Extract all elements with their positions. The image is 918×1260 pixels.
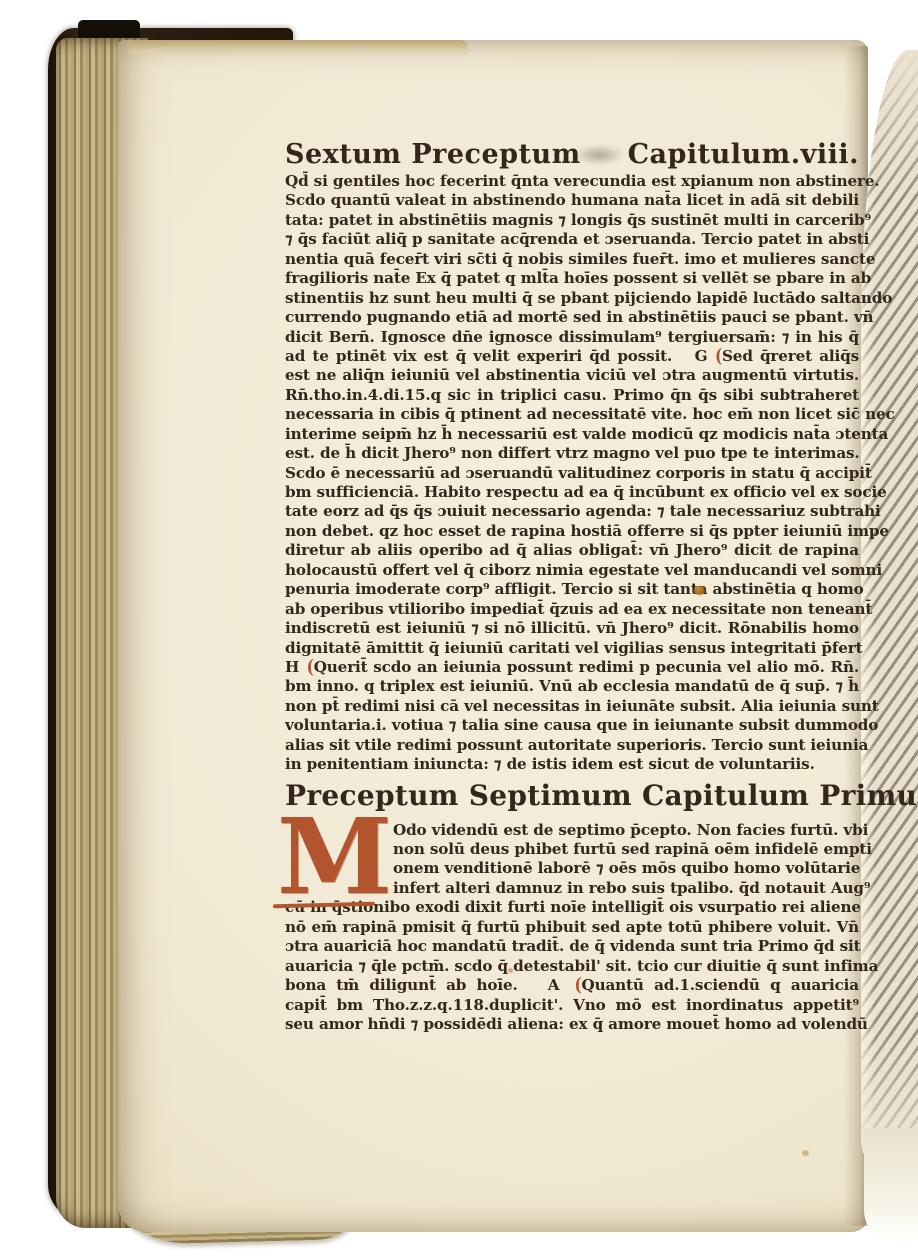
header-title-left: Sextum Preceptum bbox=[285, 139, 581, 170]
text-line: ⁊ q̄s faciūt aliq̄ p sanitate acq̄renda … bbox=[285, 230, 859, 249]
text-line: est. de h̄ dicit Jhero⁹ non differt vtrz… bbox=[285, 444, 859, 463]
book-photo: Sextum Preceptum Capitulum.viii. Qd̄ si … bbox=[0, 0, 918, 1260]
text-line: currendo pugnando etiā ad mortē sed in a… bbox=[285, 308, 859, 327]
text-line: auaricia ⁊ q̄le pctm̄. scdo q̄ detestabi… bbox=[285, 957, 859, 976]
text-span: Quantū ad.1.sciendū q auaricia bbox=[581, 976, 859, 994]
text-line: est ne aliq̄n ieiuniū vel abstinentia vi… bbox=[285, 366, 859, 385]
text-line: bm inno. q triplex est ieiuniū. Vnū ab e… bbox=[285, 677, 859, 696]
text-span: ad te ptinēt vix est q̄ velit experiri q… bbox=[285, 347, 715, 365]
text-line: stinentiis hz sunt heu multi q̄ se pbant… bbox=[285, 289, 859, 308]
foxing-spot bbox=[802, 1150, 809, 1156]
text-span: Sed q̄reret aliq̄s bbox=[722, 347, 859, 365]
text-line: non debet. qz hoc esset de rapina hostiā… bbox=[285, 522, 859, 541]
text-line: alias sit vtile redimi possunt autoritat… bbox=[285, 736, 859, 755]
text-line: in penitentiam iniuncta: ⁊ de istis idem… bbox=[285, 755, 859, 774]
text-line: dignitatē āmittit q̄ ieiuniū caritati ve… bbox=[285, 639, 859, 658]
rubric-paragraph-mark: ( bbox=[307, 656, 314, 680]
text-line: nō em̄ rapinā pmisit q̄ furtū phibuit se… bbox=[285, 918, 859, 937]
text-line: nentia quā fecer̄t viri sc̄ti q̄ nobis s… bbox=[285, 250, 859, 269]
text-span: Querit̄ scdo an ieiunia possunt redimi p… bbox=[314, 658, 859, 676]
text-line: Qd̄ si gentiles hoc fecerint q̄nta verec… bbox=[285, 172, 859, 191]
ink-stain bbox=[694, 586, 705, 595]
text-line: tate eorz ad q̄s q̄s ɔuiuit necessario a… bbox=[285, 502, 859, 521]
ink-smudge bbox=[573, 145, 625, 165]
text-column: Sextum Preceptum Capitulum.viii. Qd̄ si … bbox=[285, 139, 859, 1034]
text-line-with-rubric: bona tm̄ diligunt̄ ab hoīe. A (Quantū ad… bbox=[285, 976, 859, 995]
rubric-paragraph-mark: ( bbox=[715, 345, 722, 369]
rubricated-initial-box: M bbox=[285, 821, 393, 897]
text-line: capit̄ bm Tho.z.z.q.118.duplicit'. Vno m… bbox=[285, 996, 859, 1015]
text-line: holocaustū offert vel q̄ ciborz nimia eg… bbox=[285, 561, 859, 580]
text-line: interime seipm̄ hz h̄ necessariū est val… bbox=[285, 425, 859, 444]
running-header: Sextum Preceptum Capitulum.viii. bbox=[285, 139, 859, 172]
text-line-with-rubric: H (Querit̄ scdo an ieiunia possunt redim… bbox=[285, 658, 859, 677]
text-line: voluntaria.i. votiua ⁊ talia sine causa … bbox=[285, 716, 859, 735]
text-line: Scdo ē necessariū ad ɔseruandū valitudin… bbox=[285, 464, 859, 483]
text-span: bona tm̄ diligunt̄ ab hoīe. A bbox=[285, 976, 574, 994]
text-line: Rn̄.tho.in.4.di.15.q sic in triplici cas… bbox=[285, 386, 859, 405]
foxing-spot bbox=[508, 968, 513, 973]
text-line: fragilioris nat̄e Ex q̄ patet q mlt̄a ho… bbox=[285, 269, 859, 288]
page-top-browning bbox=[128, 40, 468, 58]
body-section-2: M Odo videndū est de septimo p̄cepto. No… bbox=[285, 821, 859, 1035]
facing-page-lower-edge bbox=[864, 1128, 918, 1244]
text-line: bm sufficienciā. Habito respectu ad ea q… bbox=[285, 483, 859, 502]
rubricated-initial-M: M bbox=[277, 805, 392, 909]
body-section-1: Qd̄ si gentiles hoc fecerint q̄nta verec… bbox=[285, 172, 859, 775]
text-line-with-rubric: ad te ptinēt vix est q̄ velit experiri q… bbox=[285, 347, 859, 366]
header-title-right: Capitulum.viii. bbox=[628, 139, 859, 170]
text-line: ɔtra auariciā hoc mandatū tradit̄. de q̄… bbox=[285, 937, 859, 956]
text-line: diretur ab aliis operibo ad q̄ alias obl… bbox=[285, 541, 859, 560]
text-line: indiscretū est ieiuniū ⁊ si nō illicitū.… bbox=[285, 619, 859, 638]
text-line: non pt̄ redimi nisi cā vel necessitas in… bbox=[285, 697, 859, 716]
rubric-paragraph-mark: ( bbox=[574, 974, 581, 998]
text-line: seu amor hn̄di ⁊ possidēdi aliena: ex q̄… bbox=[285, 1015, 859, 1034]
text-line: penuria imoderate corp⁹ affligit. Tercio… bbox=[285, 580, 859, 599]
text-line: necessaria in cibis q̄ ptinent ad necess… bbox=[285, 405, 859, 424]
text-span: H bbox=[285, 658, 307, 676]
text-line: dicit Bern̄. Ignosce dn̄e ignosce dissim… bbox=[285, 328, 859, 347]
text-line: Scdo quantū valeat in abstinendo humana … bbox=[285, 191, 859, 210]
text-line: tata: patet in abstinētiis magnis ⁊ long… bbox=[285, 211, 859, 230]
text-line: ab operibus vtilioribo impediat̄ q̄zuis … bbox=[285, 600, 859, 619]
